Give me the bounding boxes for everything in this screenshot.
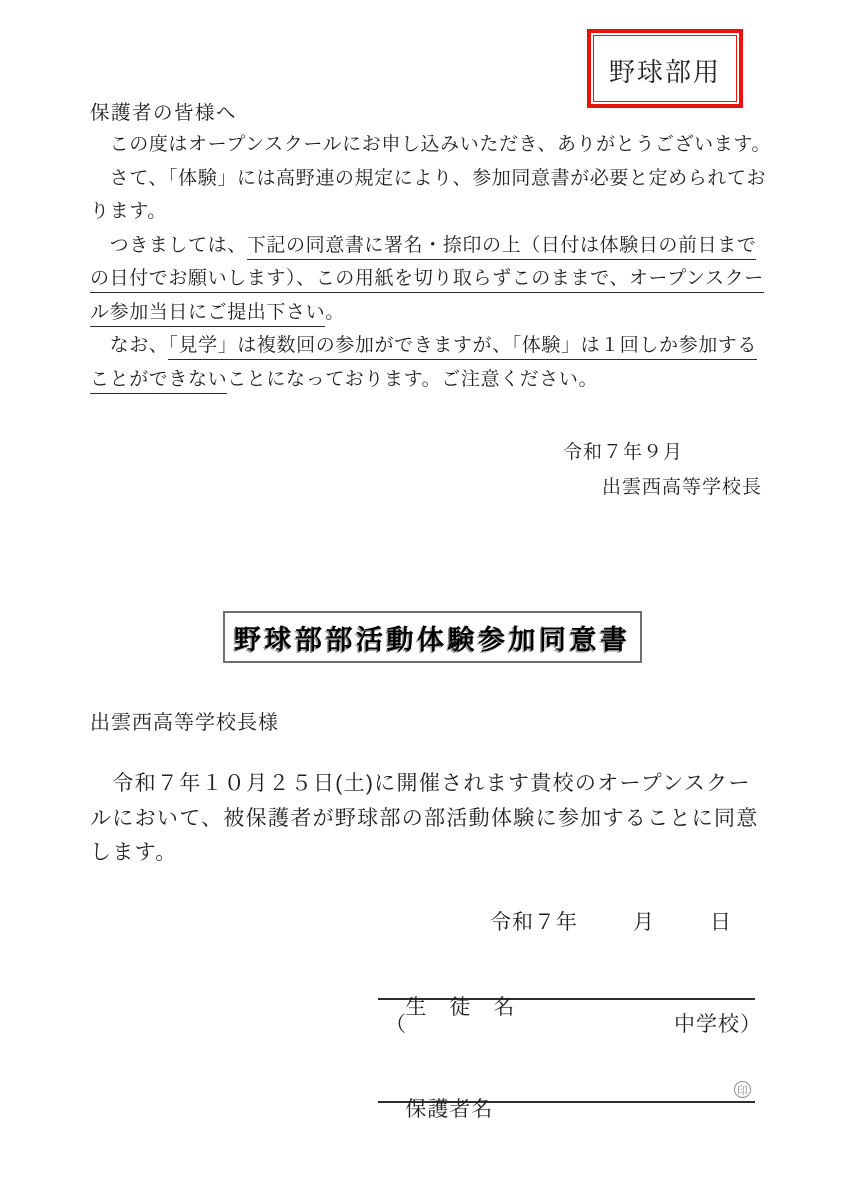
letter-line: ことができないことになっております。ご注意ください。	[90, 363, 790, 397]
blank-date-day-label: 日	[710, 906, 732, 936]
form-consent-text: 令和７年１０月２５日(土)に開催されます貴校のオープンスクールにおいて、被保護者…	[90, 767, 790, 871]
underlined-text-segment: ル参加当日にご提出下さい	[90, 302, 325, 327]
guardian-name-field: 保護者名 印	[378, 1069, 755, 1103]
letter-date: 令和７年９月	[563, 437, 683, 464]
letter-line: ル参加当日にご提出下さい。	[90, 296, 790, 330]
salutation: 保護者の皆様へ	[90, 97, 237, 125]
letter-line: つきましては、下記の同意書に署名・捺印の上（日付は体験日の前日まで	[90, 229, 790, 263]
baseball-club-stamp-box: 野球部用	[587, 29, 743, 108]
baseball-club-stamp-label: 野球部用	[593, 35, 737, 102]
letter-line: なお、「見学」は複数回の参加ができますが、「体験」は１回しか参加する	[90, 329, 790, 363]
form-title: 野球部部活動体験参加同意書	[223, 611, 642, 663]
underlined-text-segment: 下記の同意書に署名・捺印の上（日付は体験日の前日まで	[247, 235, 757, 260]
letter-line: この度はオープンスクールにお申し込みいただき、ありがとうございます。	[90, 128, 790, 162]
text-segment: ことになっております。ご注意ください。	[227, 369, 598, 390]
consent-line: 令和７年１０月２５日(土)に開催されます貴校のオープンスクー	[90, 767, 790, 802]
blank-date-era: 令和７年	[490, 906, 578, 936]
text-segment: なお、	[90, 335, 168, 356]
consent-line: します。	[90, 836, 790, 871]
consent-line: ルにおいて、被保護者が野球部の部活動体験に参加することに同意	[90, 802, 790, 837]
school-paren-close: 中学校）	[674, 1008, 762, 1038]
form-addressee: 出雲西高等学校長様	[90, 706, 279, 735]
text-segment: 。	[325, 302, 345, 323]
underlined-text-segment: の日付でお願いします）、この用紙を切り取らずこのままで、オープンスクー	[90, 268, 764, 293]
letter-line: ります。	[90, 195, 790, 229]
text-segment: ります。	[90, 201, 167, 222]
student-name-field: 生 徒 名	[378, 967, 755, 1000]
school-paren-open: （	[385, 1008, 407, 1038]
text-segment: さて、「体験」には高野連の規定により、参加同意書が必要と定められてお	[90, 168, 766, 189]
seal-mark-icon: 印	[734, 1081, 751, 1098]
consent-form-page: 野球部用 保護者の皆様へ この度はオープンスクールにお申し込みいただき、ありがと…	[0, 0, 849, 1200]
underlined-text-segment: ことができない	[90, 369, 227, 394]
underlined-text-segment: 「見学」は複数回の参加ができますが、「体験」は１回しか参加する	[168, 335, 757, 360]
text-segment: つきましては、	[90, 235, 247, 256]
letter-body: この度はオープンスクールにお申し込みいただき、ありがとうございます。 さて、「体…	[90, 128, 790, 396]
blank-date-month-label: 月	[633, 906, 655, 936]
school-name-field: （ 中学校）	[385, 1008, 762, 1038]
letter-line: の日付でお願いします）、この用紙を切り取らずこのままで、オープンスクー	[90, 262, 790, 296]
letter-line: さて、「体験」には高野連の規定により、参加同意書が必要と定められてお	[90, 162, 790, 196]
text-segment: この度はオープンスクールにお申し込みいただき、ありがとうございます。	[90, 134, 771, 155]
guardian-name-label: 保護者名	[405, 1098, 493, 1121]
letter-signer: 出雲西高等学校長	[602, 472, 762, 499]
